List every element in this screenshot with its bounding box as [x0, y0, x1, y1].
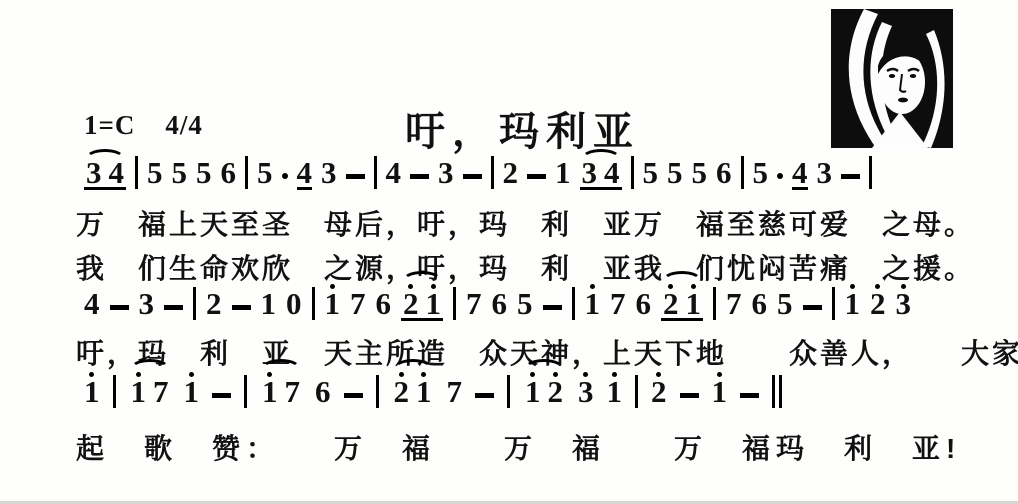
key-signature: 1=C [84, 110, 135, 140]
music-line-1: 3455565434321345556543 [84, 156, 872, 190]
barline [374, 156, 377, 189]
note-digit: 2 [503, 162, 519, 185]
note-digit: 7 [610, 293, 626, 316]
slur-arc [524, 359, 564, 379]
dotted-note-dot [282, 173, 288, 179]
duration-dash [740, 393, 759, 398]
note: 5 [147, 162, 163, 190]
note: 4 [297, 162, 313, 190]
time-signature: 4/4 [165, 110, 203, 140]
note-digit: 4 [297, 162, 313, 185]
duration-dash [475, 393, 494, 398]
note: 1 [712, 372, 728, 409]
note-digit: 6 [716, 162, 732, 185]
note-digit: 1 [525, 381, 541, 404]
note-digit: 5 [147, 162, 163, 185]
note-digit: 5 [667, 162, 683, 185]
note-digit: 5 [692, 162, 708, 185]
slur-group: 17 [260, 372, 302, 409]
note: 7 [610, 293, 626, 321]
duration-dash [680, 393, 699, 398]
slur-group: 34 [84, 162, 126, 190]
note-digit: 1 [131, 381, 147, 404]
slur-arc [662, 271, 702, 291]
note-digit: 2 [663, 293, 679, 316]
note-digit: 6 [752, 293, 768, 316]
note: 4 [386, 162, 402, 190]
duration-dash [212, 393, 231, 398]
note: 5 [172, 162, 188, 190]
barline [631, 156, 634, 189]
note-digit: 5 [172, 162, 188, 185]
note-digit: 5 [257, 162, 273, 185]
slur-arc [85, 149, 125, 169]
note: 4 [84, 293, 100, 321]
duration-dash [841, 174, 860, 179]
note: 1 [325, 284, 341, 321]
note-digit: 2 [206, 293, 222, 316]
note: 2 [651, 372, 667, 409]
note: 6 [221, 162, 237, 190]
barline [135, 156, 138, 189]
note: 6 [315, 381, 331, 409]
note: 3 [321, 162, 337, 190]
music-line-2: 432101762176517621765123 [84, 284, 911, 321]
note-digit: 1 [712, 381, 728, 404]
note: 1 [261, 293, 277, 321]
note-digit: 1 [845, 293, 861, 316]
duration-dash [110, 305, 129, 310]
note: 5 [692, 162, 708, 190]
note-digit: 1 [585, 293, 601, 316]
duration-dash [803, 305, 822, 310]
barline [507, 375, 510, 408]
note-digit: 3 [321, 162, 337, 185]
note: 7 [466, 293, 482, 321]
note-digit: 6 [492, 293, 508, 316]
note: 3 [438, 162, 454, 190]
duration-dash [527, 174, 546, 179]
slur-group: 12 [523, 372, 565, 409]
note-digit: 6 [636, 293, 652, 316]
note: 5 [257, 162, 273, 190]
note-digit: 2 [403, 293, 419, 316]
note: 5 [667, 162, 683, 190]
barline [832, 287, 835, 320]
barline [113, 375, 116, 408]
note-digit: 7 [285, 381, 301, 404]
slur-group: 17 [129, 372, 171, 409]
slur-group: 34 [580, 162, 622, 190]
note-digit: 4 [84, 293, 100, 316]
note-digit: 3 [139, 293, 155, 316]
duration-dash [232, 305, 251, 310]
note: 7 [726, 293, 742, 321]
note-digit: 2 [548, 381, 564, 404]
note: 6 [376, 293, 392, 321]
barline [312, 287, 315, 320]
note: 7 [285, 381, 301, 404]
note: 5 [196, 162, 212, 190]
note: 2 [503, 162, 519, 190]
virgin-mary-image [830, 8, 954, 149]
note-digit: 7 [350, 293, 366, 316]
note: 3 [817, 162, 833, 190]
barline [244, 375, 247, 408]
dotted-note-dot [777, 173, 783, 179]
music-line-3: 1171176217123121 [84, 372, 782, 409]
note-digit: 5 [517, 293, 533, 316]
duration-dash [164, 305, 183, 310]
note: 6 [492, 293, 508, 321]
note-digit: 1 [261, 293, 277, 316]
note-digit: 1 [184, 381, 200, 404]
note: 7 [153, 381, 169, 404]
note: 0 [286, 293, 302, 321]
note: 7 [447, 381, 463, 409]
barline [869, 156, 872, 189]
note-digit: 4 [792, 162, 808, 185]
note-digit: 1 [84, 381, 100, 404]
slur-arc [402, 271, 442, 291]
note-digit: 5 [753, 162, 769, 185]
note-digit: 3 [438, 162, 454, 185]
note-digit: 1 [416, 381, 432, 404]
duration-dash [344, 393, 363, 398]
note-digit: 1 [686, 293, 702, 316]
note: 6 [716, 162, 732, 190]
note-digit: 3 [896, 293, 912, 316]
duration-dash [463, 174, 482, 179]
duration-dash [543, 305, 562, 310]
note: 1 [845, 284, 861, 321]
slur-arc [393, 359, 433, 379]
note: 3 [578, 372, 594, 409]
note: 2 [870, 284, 886, 321]
slur-group: 21 [392, 372, 434, 409]
lyrics-line-4: 起 歌 赞： 万 福 万 福 万 福玛 利 亚! [76, 427, 961, 467]
note: 4 [792, 162, 808, 190]
note-digit: 1 [262, 381, 278, 404]
note-digit: 2 [870, 293, 886, 316]
barline [245, 156, 248, 189]
duration-dash [410, 174, 429, 179]
note-digit: 4 [386, 162, 402, 185]
slur-arc [581, 149, 621, 169]
note-digit: 1 [607, 381, 623, 404]
note-digit: 3 [578, 381, 594, 404]
note: 3 [139, 293, 155, 321]
note: 2 [206, 293, 222, 321]
barline [572, 287, 575, 320]
barline [193, 287, 196, 320]
note: 5 [643, 162, 659, 190]
note-digit: 6 [376, 293, 392, 316]
note-digit: 5 [196, 162, 212, 185]
note-digit: 7 [447, 381, 463, 404]
note-digit: 6 [315, 381, 331, 404]
note-digit: 2 [394, 381, 410, 404]
note: 1 [184, 372, 200, 409]
note-digit: 2 [651, 381, 667, 404]
slur-group: 21 [661, 284, 703, 321]
note: 7 [350, 293, 366, 321]
barline [741, 156, 744, 189]
barline [779, 375, 782, 408]
note-digit: 7 [153, 381, 169, 404]
double-barline [772, 375, 782, 408]
note-digit: 3 [817, 162, 833, 185]
lyrics-line-1: 万 福上天至圣 母后，吁，玛 利 亚万 福至慈可爱 之母。 [76, 203, 975, 243]
note-digit: 5 [643, 162, 659, 185]
barline [453, 287, 456, 320]
note-digit: 1 [555, 162, 571, 185]
note: 1 [84, 372, 100, 409]
note: 6 [752, 293, 768, 321]
note: 1 [607, 372, 623, 409]
slur-group: 21 [401, 284, 443, 321]
barline [772, 375, 775, 408]
lyrics-line-2: 我 们生命欢欣 之源，吁，玛 利 亚我 们忧闷苦痛 之援。 [76, 247, 975, 287]
note-digit: 0 [286, 293, 302, 316]
note: 5 [777, 293, 793, 321]
key-time-signature: 1=C4/4 [84, 110, 203, 141]
duration-dash [346, 174, 365, 179]
note-digit: 1 [325, 293, 341, 316]
note-digit: 1 [426, 293, 442, 316]
note-digit: 5 [777, 293, 793, 316]
slur-arc [261, 359, 301, 379]
note: 5 [517, 293, 533, 321]
note: 5 [753, 162, 769, 190]
barline [635, 375, 638, 408]
note-digit: 6 [221, 162, 237, 185]
note: 1 [585, 284, 601, 321]
note: 3 [896, 284, 912, 321]
note-digit: 7 [466, 293, 482, 316]
note-digit: 7 [726, 293, 742, 316]
note: 6 [636, 293, 652, 321]
barline [713, 287, 716, 320]
barline [376, 375, 379, 408]
slur-arc [130, 359, 170, 379]
sheet-music-page: 1=C4/4 吁，玛利亚 3455565434321345556543 万 福上… [0, 0, 1018, 504]
note: 1 [555, 162, 571, 190]
barline [491, 156, 494, 189]
